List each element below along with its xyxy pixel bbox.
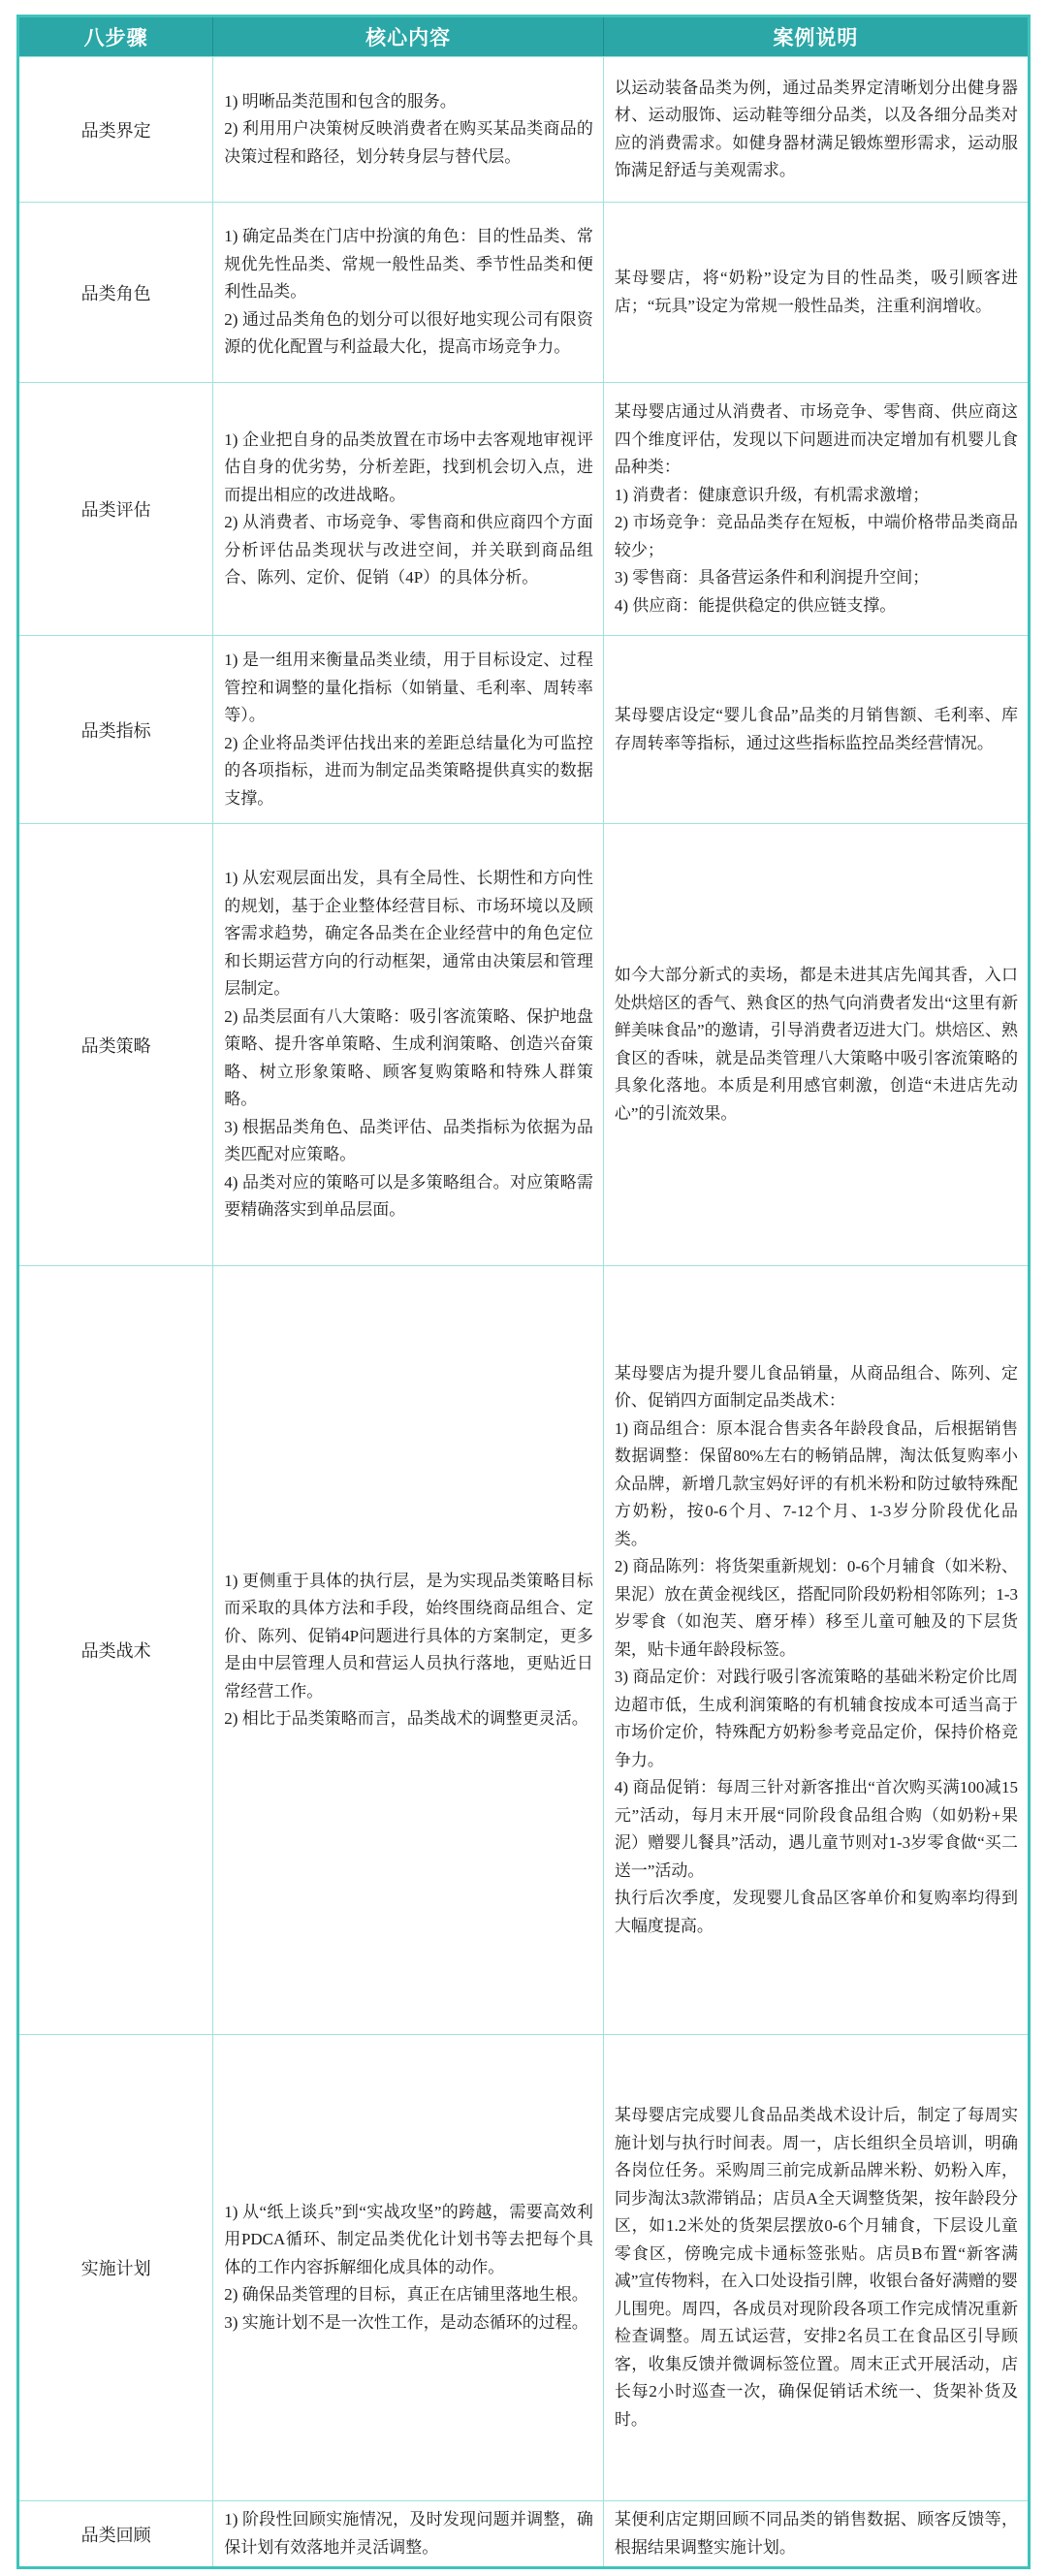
- core-content-cell: 1) 是一组用来衡量品类业绩，用于目标设定、过程管控和调整的量化指标（如销量、毛…: [213, 636, 604, 824]
- table-row: 实施计划 1) 从“纸上谈兵”到“实战攻坚”的跨越，需要高效利用PDCA循环、制…: [18, 2035, 1030, 2501]
- table-body: 品类界定 1) 明晰品类范围和包含的服务。 2) 利用用户决策树反映消费者在购买…: [18, 57, 1030, 2568]
- core-content-cell: 1) 明晰品类范围和包含的服务。 2) 利用用户决策树反映消费者在购买某品类商品…: [213, 57, 604, 203]
- step-cell: 品类界定: [18, 57, 213, 203]
- table-row: 品类评估 1) 企业把自身的品类放置在市场中去客观地审视评估自身的优劣势，分析差…: [18, 383, 1030, 636]
- case-description-cell: 某便利店定期回顾不同品类的销售数据、顾客反馈等，根据结果调整实施计划。: [603, 2501, 1029, 2568]
- table-row: 品类指标 1) 是一组用来衡量品类业绩，用于目标设定、过程管控和调整的量化指标（…: [18, 636, 1030, 824]
- case-description-cell: 某母婴店完成婴儿食品品类战术设计后，制定了每周实施计划与执行时间表。周一，店长组…: [603, 2035, 1029, 2501]
- table-row: 品类战术 1) 更侧重于具体的执行层，是为实现品类策略目标而采取的具体方法和手段…: [18, 1266, 1030, 2035]
- column-header-case: 案例说明: [603, 16, 1029, 57]
- step-cell: 品类评估: [18, 383, 213, 636]
- table-row: 品类界定 1) 明晰品类范围和包含的服务。 2) 利用用户决策树反映消费者在购买…: [18, 57, 1030, 203]
- category-management-eight-steps-table: 八步骤 核心内容 案例说明 品类界定 1) 明晰品类范围和包含的服务。 2) 利…: [16, 15, 1031, 2569]
- column-header-core: 核心内容: [213, 16, 604, 57]
- case-description-cell: 以运动装备品类为例，通过品类界定清晰划分出健身器材、运动服饰、运动鞋等细分品类，…: [603, 57, 1029, 203]
- case-description-cell: 某母婴店，将“奶粉”设定为目的性品类，吸引顾客进店；“玩具”设定为常规一般性品类…: [603, 203, 1029, 383]
- core-content-cell: 1) 阶段性回顾实施情况，及时发现问题并调整，确保计划有效落地并灵活调整。: [213, 2501, 604, 2568]
- step-cell: 品类策略: [18, 824, 213, 1266]
- case-description-cell: 如今大部分新式的卖场，都是未进其店先闻其香，入口处烘焙区的香气、熟食区的热气向消…: [603, 824, 1029, 1266]
- table-header: 八步骤 核心内容 案例说明: [18, 16, 1030, 57]
- core-content-cell: 1) 确定品类在门店中扮演的角色：目的性品类、常规优先性品类、常规一般性品类、季…: [213, 203, 604, 383]
- core-content-cell: 1) 从宏观层面出发，具有全局性、长期性和方向性的规划，基于企业整体经营目标、市…: [213, 824, 604, 1266]
- step-cell: 品类指标: [18, 636, 213, 824]
- core-content-cell: 1) 从“纸上谈兵”到“实战攻坚”的跨越，需要高效利用PDCA循环、制定品类优化…: [213, 2035, 604, 2501]
- table-row: 品类角色 1) 确定品类在门店中扮演的角色：目的性品类、常规优先性品类、常规一般…: [18, 203, 1030, 383]
- table-row: 品类回顾 1) 阶段性回顾实施情况，及时发现问题并调整，确保计划有效落地并灵活调…: [18, 2501, 1030, 2568]
- core-content-cell: 1) 更侧重于具体的执行层，是为实现品类策略目标而采取的具体方法和手段，始终围绕…: [213, 1266, 604, 2035]
- step-cell: 品类角色: [18, 203, 213, 383]
- header-row: 八步骤 核心内容 案例说明: [18, 16, 1030, 57]
- step-cell: 实施计划: [18, 2035, 213, 2501]
- core-content-cell: 1) 企业把自身的品类放置在市场中去客观地审视评估自身的优劣势，分析差距，找到机…: [213, 383, 604, 636]
- case-description-cell: 某母婴店通过从消费者、市场竞争、零售商、供应商这四个维度评估，发现以下问题进而决…: [603, 383, 1029, 636]
- case-description-cell: 某母婴店设定“婴儿食品”品类的月销售额、毛利率、库存周转率等指标，通过这些指标监…: [603, 636, 1029, 824]
- step-cell: 品类回顾: [18, 2501, 213, 2568]
- column-header-step: 八步骤: [18, 16, 213, 57]
- step-cell: 品类战术: [18, 1266, 213, 2035]
- case-description-cell: 某母婴店为提升婴儿食品销量，从商品组合、陈列、定价、促销四方面制定品类战术： 1…: [603, 1266, 1029, 2035]
- table-row: 品类策略 1) 从宏观层面出发，具有全局性、长期性和方向性的规划，基于企业整体经…: [18, 824, 1030, 1266]
